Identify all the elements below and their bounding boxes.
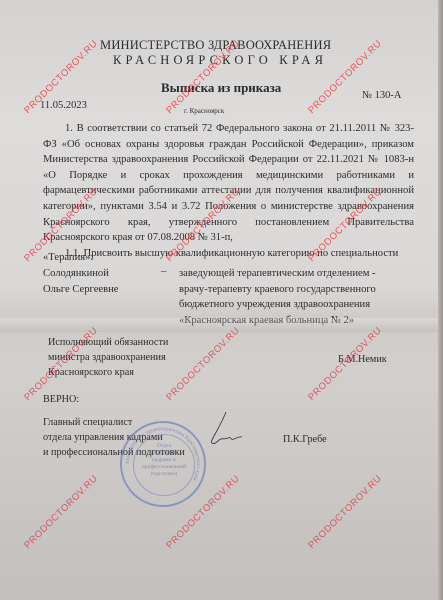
document-number: № 130-А [362, 90, 401, 101]
position-line: «Красноярская краевая больница № 2» [179, 313, 409, 329]
person-name: Солодянкиной Ольге Сергеевне [43, 266, 119, 297]
specialty: «Терапия»: [43, 250, 93, 266]
title-line: Красноярского края [48, 365, 168, 380]
position-line: заведующей терапевтическим отделением - [179, 266, 409, 282]
document-city: г. Красноярск [184, 107, 224, 115]
watermark: PRODOCTOROV.RU [164, 325, 242, 403]
position-line: врачу-терапевту краевого государственног… [179, 282, 409, 298]
verified-label: ВЕРНО: [43, 394, 79, 405]
stamp-line: профессиональной [136, 464, 192, 471]
page-edge [438, 0, 443, 600]
person-surname: Солодянкиной [43, 266, 119, 282]
specialist-name: П.К.Гребе [283, 434, 327, 445]
document-date: 11.05.2023 [40, 100, 87, 111]
stamp-line: подготовки [136, 471, 192, 478]
separator-dash: – [161, 266, 166, 277]
person-given-names: Ольге Сергеевне [43, 282, 119, 298]
paragraph-1-1: 1.1. Присвоить высшую квалификационную к… [43, 246, 414, 262]
stamp-line: управления [136, 450, 192, 457]
stamp-line: Отдел [136, 443, 192, 450]
document-page: МИНИСТЕРСТВО ЗДРАВООХРАНЕНИЯ КРАСНОЯРСКО… [0, 0, 438, 600]
stamp-line: кадрами и [136, 457, 192, 464]
person-position: заведующей терапевтическим отделением - … [179, 266, 409, 328]
watermark: PRODOCTOROV.RU [22, 473, 100, 551]
paragraph-1: 1. В соответствии со статьей 72 Федераль… [43, 121, 414, 246]
handwritten-signature-icon [200, 410, 245, 450]
title-line: Исполняющий обязанности [48, 335, 168, 350]
watermark: PRODOCTOROV.RU [306, 473, 384, 551]
ministry-name: МИНИСТЕРСТВО ЗДРАВООХРАНЕНИЯ [100, 38, 331, 53]
official-stamp-icon: Министерство здравоохранения Красноярско… [120, 421, 206, 507]
position-line: бюджетного учреждения здравоохранения [179, 297, 409, 313]
stamp-inner-text: Отдел управления кадрами и профессиональ… [136, 443, 192, 478]
